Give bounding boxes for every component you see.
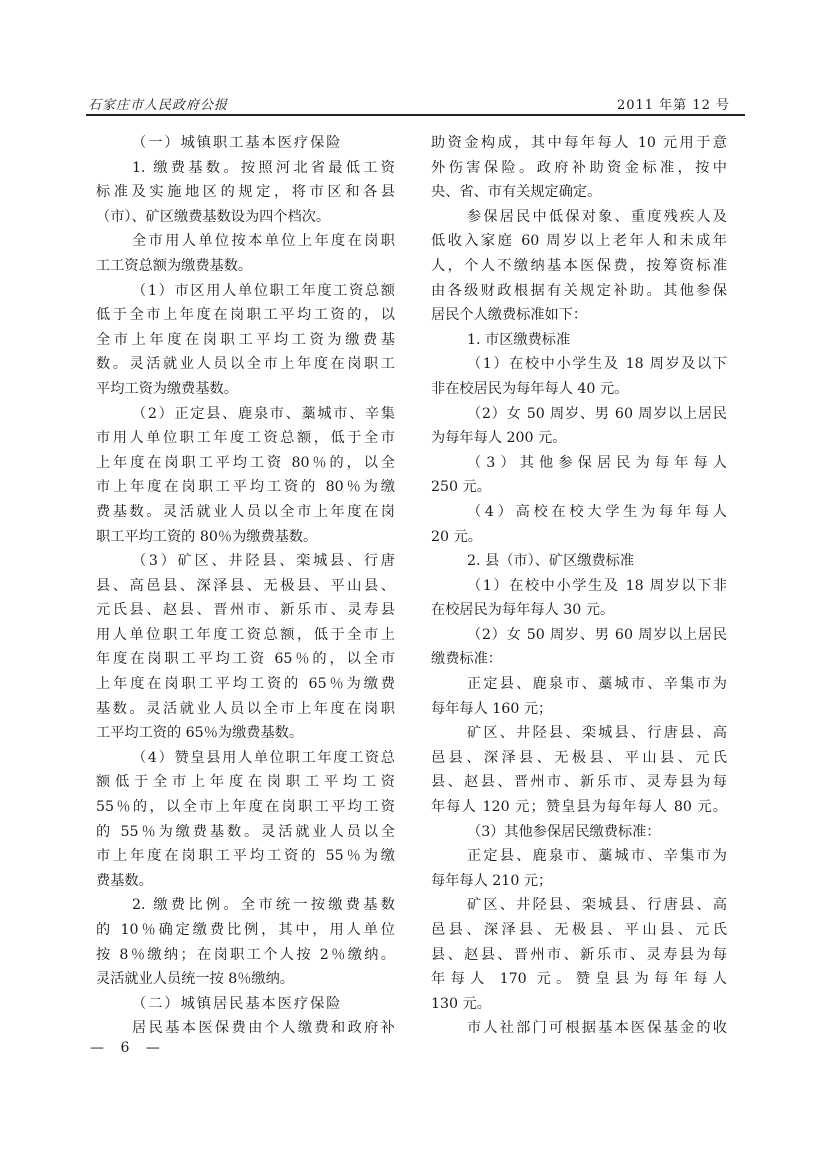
text-line: 低收入家庭 60 周岁以上老年人和未成年 bbox=[431, 229, 727, 254]
text-line: （4）赞皇县用人单位职工年度工资总 bbox=[96, 746, 395, 771]
text-line: 居民基本医保费由个人缴费和政府补 bbox=[96, 1016, 395, 1041]
text-line: 全市用人单位按本单位上年度在岗职 bbox=[96, 229, 395, 254]
text-line: （3）矿区、井陉县、栾城县、行唐 bbox=[96, 549, 395, 574]
text-line: 250 元。 bbox=[431, 475, 727, 500]
text-line: 县、高邑县、深泽县、无极县、平山县、 bbox=[96, 574, 395, 599]
text-line: 元氏县、赵县、晋州市、新乐市、灵寿县 bbox=[96, 598, 395, 623]
section-heading: （一）城镇职工基本医疗保险 bbox=[96, 131, 395, 156]
text-line: 市用人单位职工年度工资总额，低于全市 bbox=[96, 426, 395, 451]
header-rule bbox=[86, 114, 745, 116]
text-line: 灵活就业人员统一按 8％缴纳。 bbox=[96, 967, 395, 992]
text-line: （3）其他参保居民为每年每人 bbox=[431, 451, 727, 476]
text-line: 20 元。 bbox=[431, 525, 727, 550]
issue-number: 2011 年第 12 号 bbox=[617, 94, 730, 113]
text-line: 正定县、鹿泉市、藁城市、辛集市为 bbox=[431, 672, 727, 697]
text-line: 邑县、深泽县、无极县、平山县、元氏 bbox=[431, 746, 727, 771]
text-line: 上年度在岗职工平均工资 80％的，以全 bbox=[96, 451, 395, 476]
text-line: 居民个人缴费标准如下： bbox=[431, 303, 727, 328]
text-line: 县、赵县、晋州市、新乐市、灵寿县为每 bbox=[431, 943, 727, 968]
text-line: 工工资总额为缴费基数。 bbox=[96, 254, 395, 279]
text-line: 按 8％缴纳；在岗职工个人按 2％缴纳。 bbox=[96, 943, 395, 968]
section-heading: （二）城镇居民基本医疗保险 bbox=[96, 992, 395, 1017]
text-line: 年度在岗职工平均工资 65％的，以全市 bbox=[96, 647, 395, 672]
text-line: （1）在校中小学生及 18 周岁以下非 bbox=[431, 574, 727, 599]
left-text-column: （一）城镇职工基本医疗保险1. 缴费基数。按照河北省最低工资标准及实施地区的规定… bbox=[96, 131, 395, 1041]
text-line: （3）其他参保居民缴费标准： bbox=[431, 820, 727, 845]
text-line: 非在校居民为每年每人 40 元。 bbox=[431, 377, 727, 402]
text-line: 由各级财政根据有关规定补助。其他参保 bbox=[431, 279, 727, 304]
text-line: 外伤害保险。政府补助资金标准，按中 bbox=[431, 156, 727, 181]
text-line: 市人社部门可根据基本医保基金的收 bbox=[431, 1016, 727, 1041]
text-line: 平均工资为缴费基数。 bbox=[96, 377, 395, 402]
text-line: 上年度在岗职工平均工资的 65％为缴费 bbox=[96, 672, 395, 697]
text-line: 基数。灵活就业人员以全市上年度在岗职 bbox=[96, 697, 395, 722]
text-line: 职工平均工资的 80％为缴费基数。 bbox=[96, 525, 395, 550]
text-line: （1）在校中小学生及 18 周岁及以下 bbox=[431, 352, 727, 377]
text-line: 邑县、深泽县、无极县、平山县、元氏 bbox=[431, 918, 727, 943]
text-line: 每年每人 160 元； bbox=[431, 697, 727, 722]
text-line: 1. 缴费基数。按照河北省最低工资 bbox=[96, 156, 395, 181]
text-line: （市）、矿区缴费基数设为四个档次。 bbox=[96, 205, 395, 230]
text-line: 费基数。 bbox=[96, 869, 395, 894]
journal-title: 石家庄市人民政府公报 bbox=[88, 94, 228, 113]
text-line: 缴费标准： bbox=[431, 647, 727, 672]
text-line: 矿区、井陉县、栾城县、行唐县、高 bbox=[431, 893, 727, 918]
text-line: 2. 县（市）、矿区缴费标准 bbox=[431, 549, 727, 574]
text-line: 低于全市上年度在岗职工平均工资的，以 bbox=[96, 303, 395, 328]
text-line: （1）市区用人单位职工年度工资总额 bbox=[96, 279, 395, 304]
text-line: （2）正定县、鹿泉市、藁城市、辛集 bbox=[96, 402, 395, 427]
text-line: （4）高校在校大学生为每年每人 bbox=[431, 500, 727, 525]
text-line: 数。灵活就业人员以全市上年度在岗职工 bbox=[96, 352, 395, 377]
text-line: 1. 市区缴费标准 bbox=[431, 328, 727, 353]
text-line: 县、赵县、晋州市、新乐市、灵寿县为每 bbox=[431, 770, 727, 795]
text-line: 额低于全市上年度在岗职工平均工资 bbox=[96, 770, 395, 795]
text-line: 的 55％为缴费基数。灵活就业人员以全 bbox=[96, 820, 395, 845]
text-line: 参保居民中低保对象、重度残疾人及 bbox=[431, 205, 727, 230]
text-line: 市上年度在岗职工平均工资的 80％为缴 bbox=[96, 475, 395, 500]
text-line: 工平均工资的 65％为缴费基数。 bbox=[96, 721, 395, 746]
text-line: 55％的，以全市上年度在岗职工平均工资 bbox=[96, 795, 395, 820]
text-line: 市上年度在岗职工平均工资的 55％为缴 bbox=[96, 844, 395, 869]
text-line: 人，个人不缴纳基本医保费，按筹资标准 bbox=[431, 254, 727, 279]
text-line: 矿区、井陉县、栾城县、行唐县、高 bbox=[431, 721, 727, 746]
text-line: 年每人 120 元；赞皇县为每年每人 80 元。 bbox=[431, 795, 727, 820]
text-line: 央、省、市有关规定确定。 bbox=[431, 180, 727, 205]
text-line: 每年每人 210 元； bbox=[431, 869, 727, 894]
right-text-column: 助资金构成，其中每年每人 10 元用于意外伤害保险。政府补助资金标准，按中央、省… bbox=[431, 131, 727, 1041]
text-line: 正定县、鹿泉市、藁城市、辛集市为 bbox=[431, 844, 727, 869]
text-line: 全市上年度在岗职工平均工资为缴费基 bbox=[96, 328, 395, 353]
text-line: 为每年每人 200 元。 bbox=[431, 426, 727, 451]
text-line: 费基数。灵活就业人员以全市上年度在岗 bbox=[96, 500, 395, 525]
text-line: 2. 缴费比例。全市统一按缴费基数 bbox=[96, 893, 395, 918]
text-line: 130 元。 bbox=[431, 992, 727, 1017]
text-line: 助资金构成，其中每年每人 10 元用于意 bbox=[431, 131, 727, 156]
text-line: 在校居民为每年每人 30 元。 bbox=[431, 598, 727, 623]
page-number: — 6 — bbox=[90, 1040, 166, 1056]
text-line: 用人单位职工年度工资总额，低于全市上 bbox=[96, 623, 395, 648]
text-line: （2）女 50 周岁、男 60 周岁以上居民 bbox=[431, 623, 727, 648]
text-line: 标准及实施地区的规定，将市区和各县 bbox=[96, 180, 395, 205]
text-line: （2）女 50 周岁、男 60 周岁以上居民 bbox=[431, 402, 727, 427]
text-line: 年每人 170 元。赞皇县为每年每人 bbox=[431, 967, 727, 992]
text-line: 的 10％确定缴费比例，其中，用人单位 bbox=[96, 918, 395, 943]
